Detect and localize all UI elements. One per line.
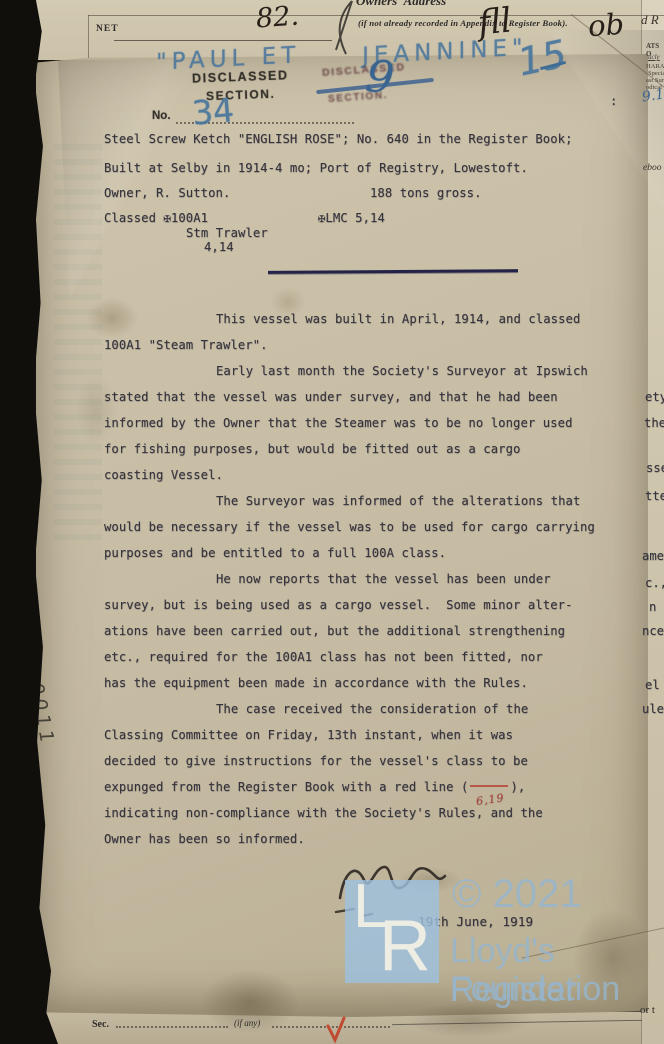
overwrite-mark: 9 xyxy=(363,51,396,105)
scanned-document: NET 82. Owners' Address (if not already … xyxy=(0,0,664,1044)
header-owner: Owner, R. Sutton. xyxy=(104,186,230,200)
edge-fragment: Special xyxy=(648,70,664,77)
watermark-copyright: © 2021 xyxy=(452,872,582,917)
bottom-if-any: (if any) xyxy=(234,1018,260,1028)
edge-fragment: ucly xyxy=(648,53,660,61)
body-line: informed by the Owner that the Steamer w… xyxy=(104,410,652,436)
bottom-sec-label: Sec. xyxy=(92,1019,109,1030)
body-line: ations have been carried out, but the ad… xyxy=(104,618,652,644)
body-line: The Surveyor was informed of the alterat… xyxy=(104,488,652,514)
body-line: coasting Vessel. xyxy=(104,462,652,488)
script-scribble-2: ob xyxy=(587,7,625,43)
edge-fragment: ule xyxy=(642,702,664,716)
watermark-org-line2: Foundation xyxy=(450,970,620,1009)
edge-fragment: ety xyxy=(645,390,664,404)
net-label: NET xyxy=(96,24,119,34)
net-blank-line xyxy=(114,40,332,41)
edge-fragment: the xyxy=(644,416,664,430)
net-value-handwritten: 82. xyxy=(255,1,300,35)
edge-fragment-colon: : xyxy=(610,94,617,108)
body-line: Classing Committee on Friday, 13th insta… xyxy=(104,722,652,748)
edge-fragment: eboo xyxy=(643,163,661,173)
red-date-note: 6,19 xyxy=(475,785,507,815)
header-tonnage: 188 tons gross. xyxy=(370,186,482,200)
body-line: He now reports that the vessel has been … xyxy=(104,566,652,592)
body-line: This vessel was built in April, 1914, an… xyxy=(104,306,652,332)
body-line-red-pre: expunged from the Register Book with a r… xyxy=(104,780,468,794)
body-line: survey, but is being used as a cargo ves… xyxy=(104,592,652,618)
body-line-red-post: ), xyxy=(510,780,525,794)
header-line1: Steel Screw Ketch "ENGLISH ROSE"; No. 64… xyxy=(104,132,573,146)
body-line: purposes and be entitled to a full 100A … xyxy=(104,540,652,566)
edge-fragment: HARAC xyxy=(646,63,664,70)
body-line: etc., required for the 100A1 class has n… xyxy=(104,644,652,670)
body-line: The case received the consideration of t… xyxy=(104,696,652,722)
letter-body: This vessel was built in April, 1914, an… xyxy=(104,306,652,852)
header-classed-note2: 4,14 xyxy=(204,240,234,254)
header-line2: Built at Selby in 1914-4 mo; Port of Reg… xyxy=(104,161,528,175)
edge-fragment: ame xyxy=(642,549,664,563)
header-classed-note1: Stm Trawler xyxy=(186,226,268,240)
body-line: decided to give instructions for the ves… xyxy=(104,748,652,774)
edge-fragment: sse xyxy=(646,461,664,475)
edge-fragment: c., xyxy=(645,576,664,590)
owners-address-label: Owners' Address xyxy=(356,0,446,9)
body-line: indicating non-compliance with the Socie… xyxy=(104,800,652,826)
body-line: Owner has been so informed. xyxy=(104,826,652,852)
body-line: for fishing purposes, but would be fitte… xyxy=(104,436,652,462)
edge-fragment: ast Sur xyxy=(646,77,664,84)
header-classed: Classed ✠100A1 xyxy=(104,211,208,225)
body-line: Early last month the Society's Surveyor … xyxy=(104,358,652,384)
owners-address-note: (if not already recorded in Appendix to … xyxy=(358,18,568,28)
edge-fragment: n xyxy=(649,600,656,614)
red-check-mark xyxy=(324,1016,350,1044)
edge-fragment: el xyxy=(645,678,660,692)
edge-fragment: nce xyxy=(642,624,664,638)
lloyds-register-logo: L R xyxy=(345,880,439,983)
edge-fragment: d R xyxy=(641,12,659,28)
body-line-red: expunged from the Register Book with a r… xyxy=(104,774,652,800)
body-line: stated that the vessel was under survey,… xyxy=(104,384,652,410)
header-lmc: ✠LMC 5,14 xyxy=(318,211,385,225)
stamp-no-value: 34 xyxy=(190,90,235,133)
stamp-no-label: No. xyxy=(152,110,171,122)
form-rule-vertical xyxy=(88,15,89,58)
form-rule xyxy=(88,15,664,16)
edge-fragment: tte xyxy=(645,489,664,503)
body-line: would be necessary if the vessel was to … xyxy=(104,514,652,540)
bottom-dotted-line xyxy=(116,1026,228,1028)
body-line: has the equipment been made in accordanc… xyxy=(104,670,652,696)
body-line: 100A1 "Steam Trawler". xyxy=(104,332,652,358)
red-line-mark: 6,19 xyxy=(468,779,510,791)
edge-fragment-blue: 9.1 xyxy=(641,87,664,106)
logo-letter-r: R xyxy=(379,910,431,982)
